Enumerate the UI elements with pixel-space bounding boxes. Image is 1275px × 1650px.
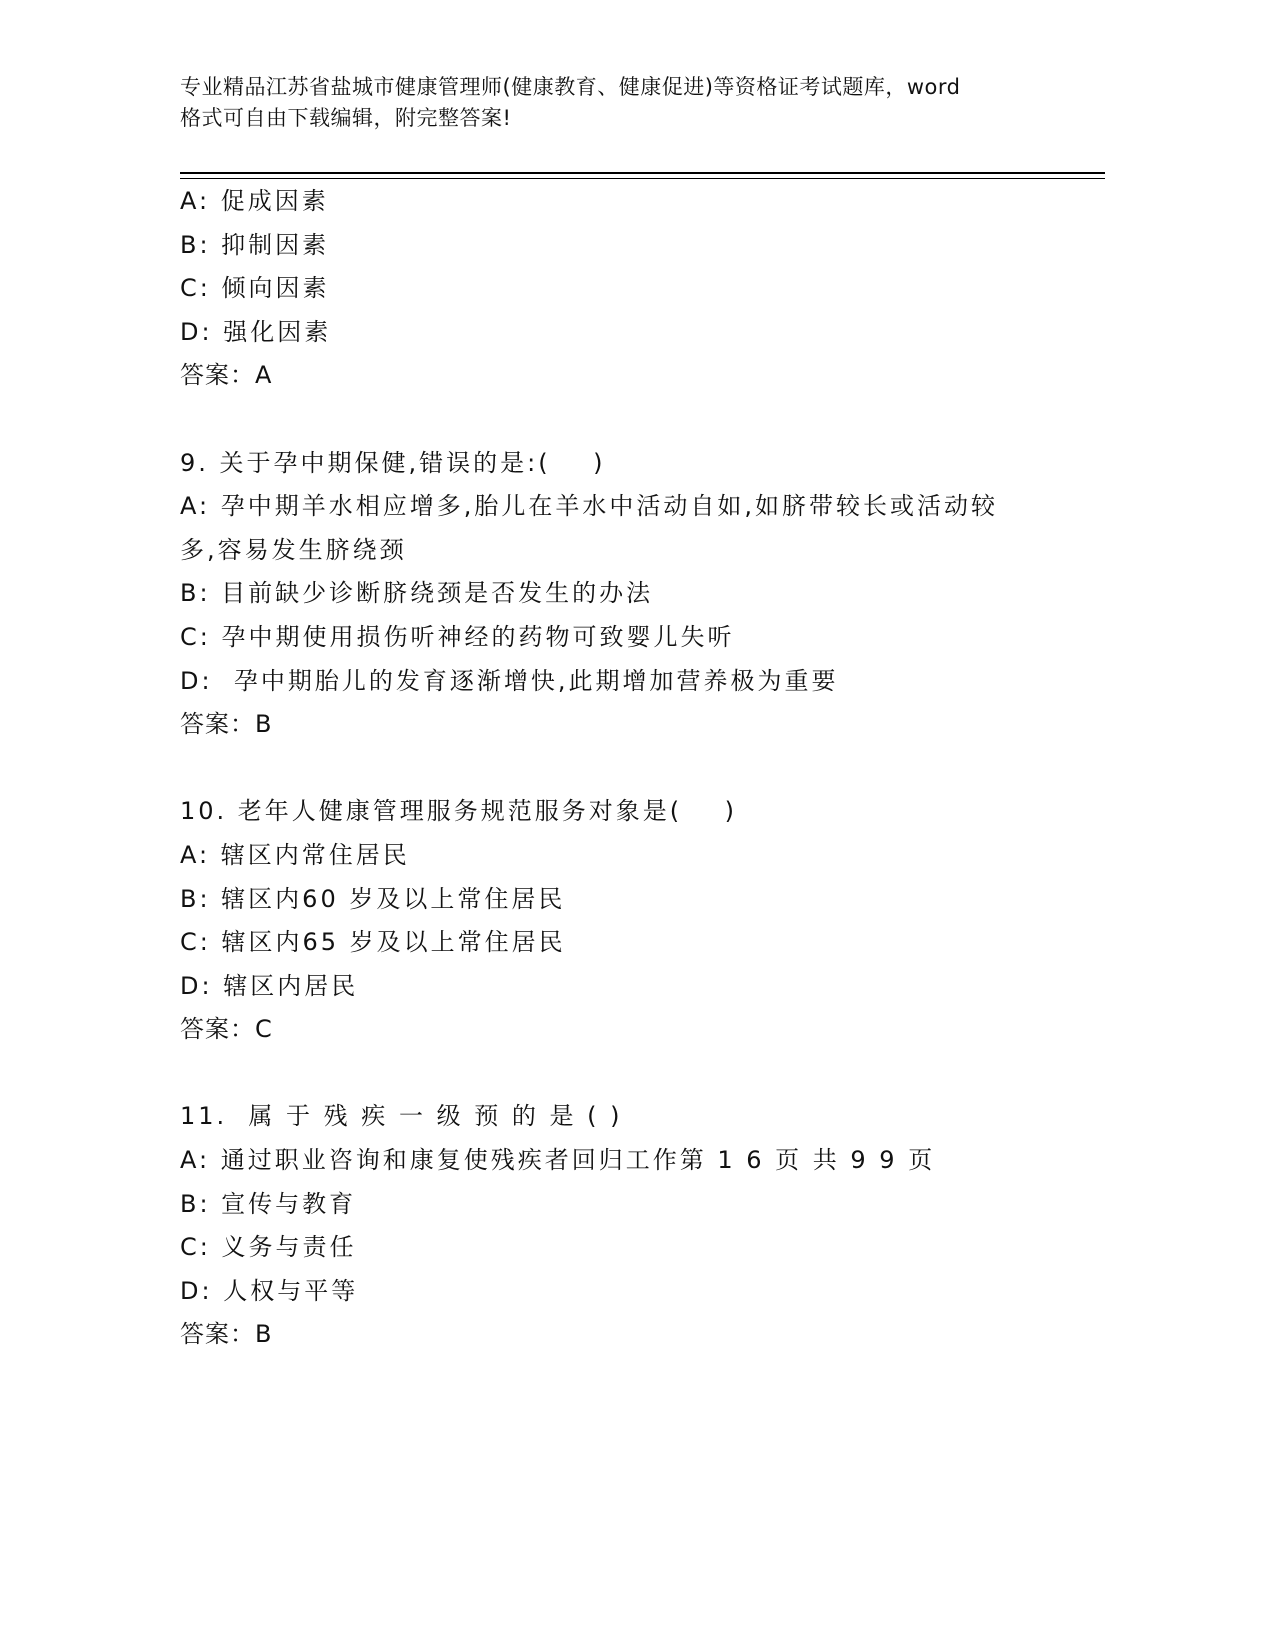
document-header: 专业精品江苏省盐城市健康管理师(健康教育、健康促进)等资格证考试题库，word …	[180, 72, 1060, 134]
option-a: A: 孕中期羊水相应增多,胎儿在羊水中活动自如,如脐带较长或活动较	[180, 491, 1080, 535]
header-divider-thin	[180, 178, 1105, 179]
answer: 答案：C	[180, 1014, 1080, 1058]
option-c: C: 义务与责任	[180, 1232, 1080, 1276]
option-d: D: 强化因素	[180, 317, 1080, 361]
option-d: D: 孕中期胎儿的发育逐渐增快,此期增加营养极为重要	[180, 666, 1080, 710]
question-text: 9. 关于孕中期保健,错误的是:( )	[180, 448, 1080, 492]
answer: 答案：B	[180, 709, 1080, 753]
option-c: C: 孕中期使用损伤听神经的药物可致婴儿失听	[180, 622, 1080, 666]
option-d: D: 人权与平等	[180, 1276, 1080, 1320]
option-b: B: 抑制因素	[180, 230, 1080, 274]
answer: 答案：B	[180, 1319, 1080, 1363]
option-b: B: 辖区内60 岁及以上常住居民	[180, 884, 1080, 928]
option-a: A: 辖区内常住居民	[180, 840, 1080, 884]
option-a: A: 促成因素	[180, 186, 1080, 230]
header-divider-thick	[180, 172, 1105, 174]
question-list: A: 促成因素 B: 抑制因素 C: 倾向因素 D: 强化因素 答案：A 9. …	[180, 186, 1080, 1363]
option-c: C: 倾向因素	[180, 273, 1080, 317]
header-line-1: 专业精品江苏省盐城市健康管理师(健康教育、健康促进)等资格证考试题库，word	[180, 72, 1060, 103]
question-10-block: 10. 老年人健康管理服务规范服务对象是( ) A: 辖区内常住居民 B: 辖区…	[180, 796, 1080, 1058]
header-line-2: 格式可自由下载编辑，附完整答案!	[180, 103, 1060, 134]
option-d: D: 辖区内居民	[180, 971, 1080, 1015]
option-c: C: 辖区内65 岁及以上常住居民	[180, 927, 1080, 971]
question-8-block: A: 促成因素 B: 抑制因素 C: 倾向因素 D: 强化因素 答案：A	[180, 186, 1080, 404]
question-9-block: 9. 关于孕中期保健,错误的是:( ) A: 孕中期羊水相应增多,胎儿在羊水中活…	[180, 448, 1080, 753]
question-text: 10. 老年人健康管理服务规范服务对象是( )	[180, 796, 1080, 840]
question-text: 11. 属 于 残 疾 一 级 预 的 是 ( )	[180, 1101, 1080, 1145]
option-b: B: 宣传与教育	[180, 1189, 1080, 1233]
answer: 答案：A	[180, 360, 1080, 404]
option-b: B: 目前缺少诊断脐绕颈是否发生的办法	[180, 578, 1080, 622]
option-a: A: 通过职业咨询和康复使残疾者回归工作第 1 6 页 共 9 9 页	[180, 1145, 1080, 1189]
option-a-continued: 多,容易发生脐绕颈	[180, 535, 1080, 579]
question-11-block: 11. 属 于 残 疾 一 级 预 的 是 ( ) A: 通过职业咨询和康复使残…	[180, 1101, 1080, 1363]
